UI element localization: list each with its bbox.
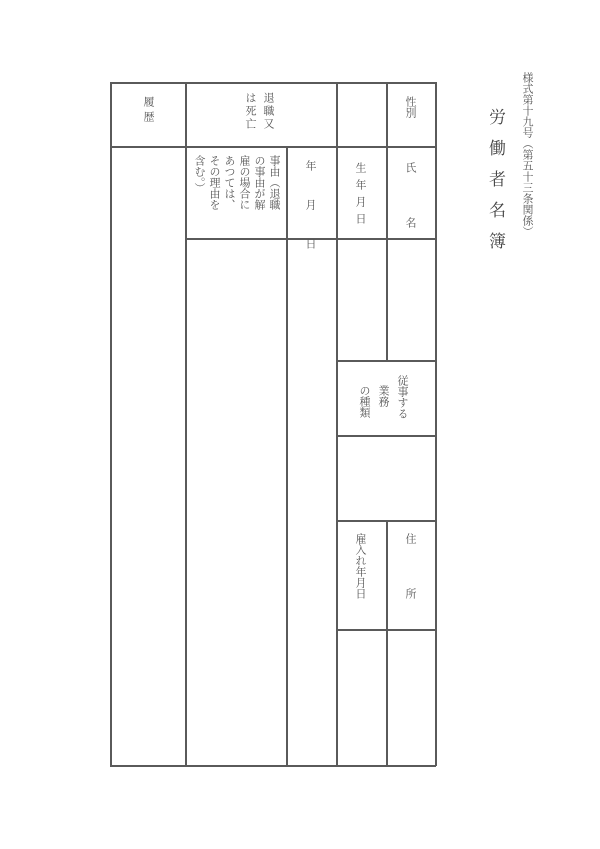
reason-line-3: 雇の場合に bbox=[238, 155, 251, 210]
reason-line-5: その理由を bbox=[208, 155, 221, 210]
history-value-cell[interactable] bbox=[112, 148, 184, 764]
job-type-value-cell[interactable] bbox=[338, 437, 435, 519]
reason-line-4: あつては、 bbox=[223, 155, 236, 210]
form-number: 様式第十九号（第五十三条関係） bbox=[519, 72, 535, 237]
job-type-line-1: 従事する bbox=[396, 375, 409, 419]
job-type-line-2: 業務 bbox=[377, 385, 390, 407]
retirement-date-label: 年 月 日 bbox=[304, 160, 317, 251]
gender-label: 性別 bbox=[404, 96, 417, 118]
retirement-line-2: は死亡 bbox=[244, 92, 257, 131]
name-label: 氏 名 bbox=[404, 162, 417, 228]
name-value-cell[interactable] bbox=[338, 240, 435, 359]
history-label: 履歴 bbox=[142, 96, 155, 126]
reason-line-1: 事由（退職 bbox=[268, 155, 281, 210]
address-value-cell[interactable] bbox=[388, 631, 435, 764]
job-type-line-3: の種類 bbox=[358, 385, 371, 418]
address-label: 住 所 bbox=[404, 533, 417, 599]
retirement-line-1: 退職又 bbox=[262, 92, 275, 131]
retirement-date-value-cell[interactable] bbox=[288, 240, 335, 764]
gender-value-cell[interactable] bbox=[338, 84, 385, 145]
hire-date-value-cell[interactable] bbox=[338, 631, 385, 764]
reason-line-2: の事由が解 bbox=[253, 155, 266, 210]
retirement-reason-value-cell[interactable] bbox=[187, 240, 285, 764]
document-title: 労働者名簿 bbox=[483, 108, 508, 263]
reason-line-6: 含む。） bbox=[193, 155, 206, 194]
birth-date-label: 生年月日 bbox=[354, 162, 367, 230]
hire-date-label: 雇入れ年月日 bbox=[354, 533, 367, 599]
